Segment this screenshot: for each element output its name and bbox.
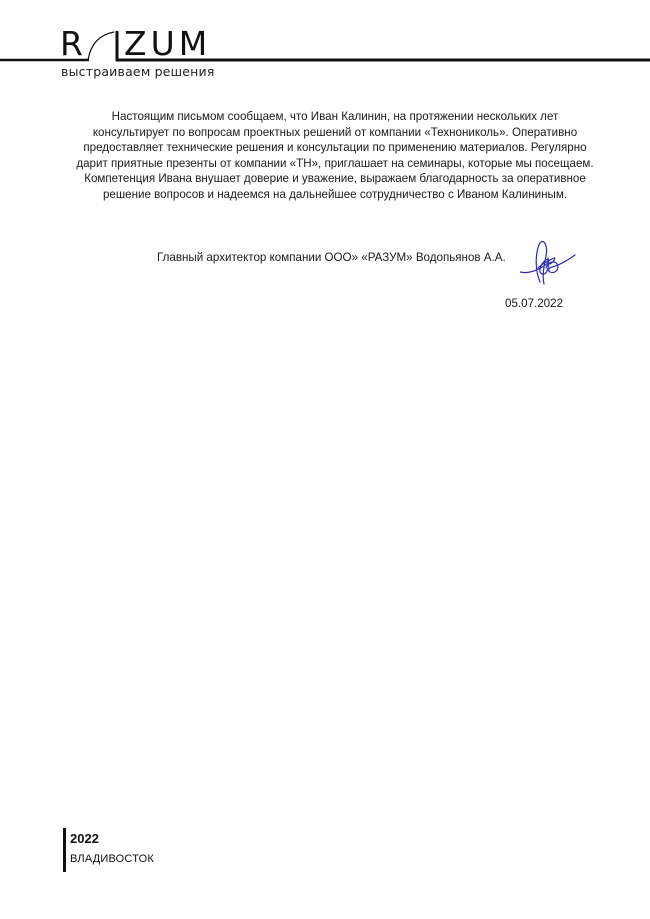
- signatory-text: Главный архитектор компании ООО» «РАЗУМ»…: [157, 251, 506, 264]
- letter-body: Настоящим письмом сообщаем, что Иван Кал…: [60, 109, 610, 203]
- logo-tagline: выстраиваем решения: [61, 64, 215, 79]
- letter-line: Компетенция Ивана внушает доверие и уваж…: [60, 171, 610, 187]
- footer-city: ВЛАДИВОСТОК: [70, 853, 154, 865]
- letter-line: Настоящим письмом сообщаем, что Иван Кал…: [60, 109, 610, 125]
- handwritten-signature-icon: [520, 238, 580, 293]
- letter-line: консультирует по вопросам проектных реше…: [60, 125, 610, 141]
- logo-letters-zum: ZUM: [124, 26, 211, 62]
- footer-accent-bar: [63, 828, 66, 872]
- footer-year: 2022: [70, 831, 99, 846]
- letter-date: 05.07.2022: [505, 297, 563, 310]
- letter-line: решение вопросов и надеемся на дальнейше…: [60, 187, 610, 203]
- logo-letter-r: R: [60, 26, 84, 62]
- letter-line: дарит приятные презенты от компании «ТН»…: [60, 156, 610, 172]
- company-logo: R ZUM выстраиваем решения: [0, 0, 650, 90]
- letter-line: предоставляет технические решения и конс…: [60, 140, 610, 156]
